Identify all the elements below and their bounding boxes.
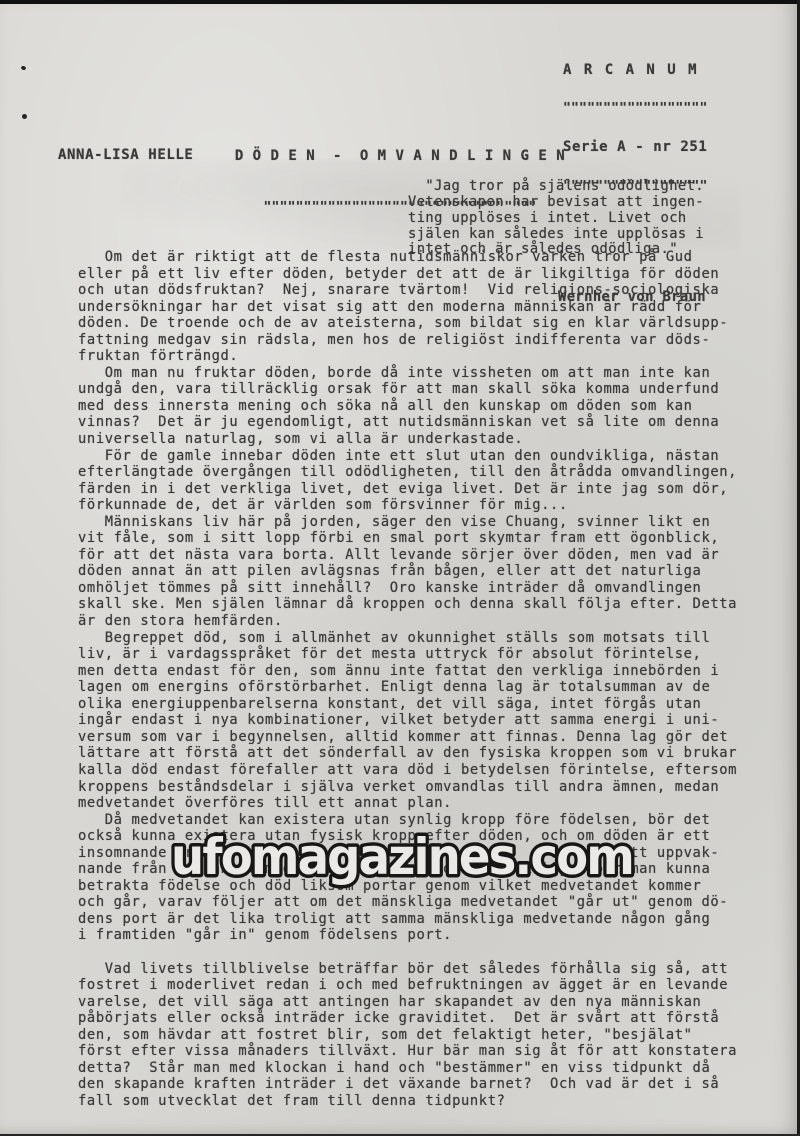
magazine-name: A R C A N U M bbox=[563, 64, 707, 77]
epigraph-quote: "Jag tror på själens odödlighet. Vetensk… bbox=[408, 179, 706, 259]
ink-dot bbox=[21, 65, 27, 70]
watermark-text: ufomagazines.com bbox=[171, 828, 633, 886]
magazine-page: A R C A N U M """""""""""""""""" Serie A… bbox=[0, 0, 800, 1136]
article-body: Om det är riktigt att de flesta nutidsmä… bbox=[78, 249, 737, 1109]
watermark: ufomagazines.com bbox=[162, 820, 642, 894]
scan-edge-top bbox=[0, 0, 800, 4]
author-byline: ANNA-LISA HELLE bbox=[58, 147, 193, 163]
